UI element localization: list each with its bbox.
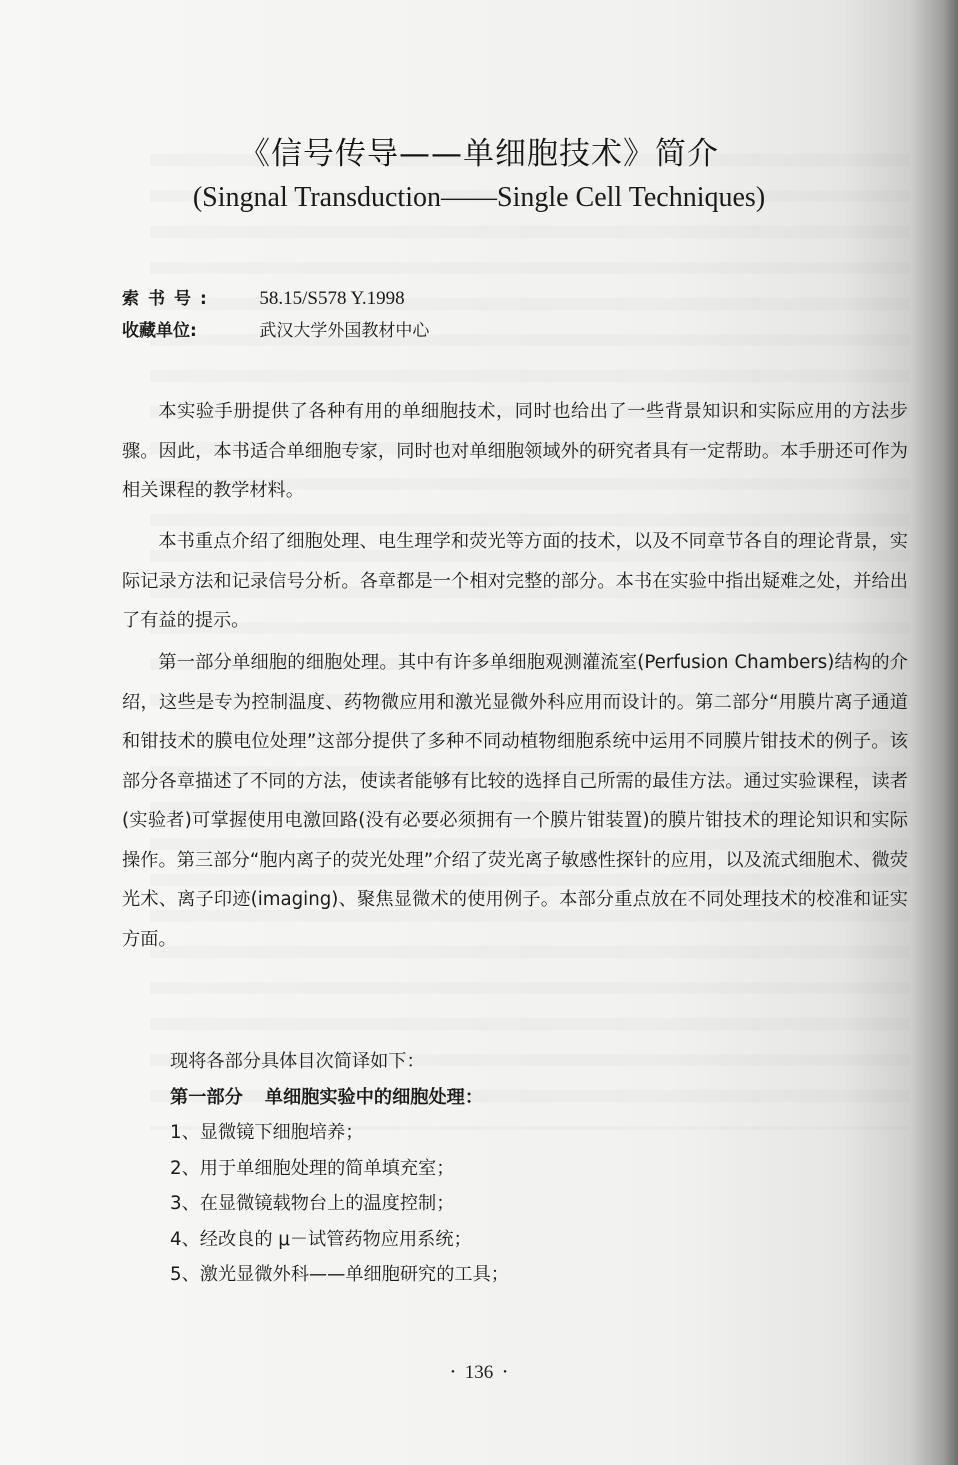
paragraph-text: 本实验手册提供了各种有用的单细胞技术，同时也给出了一些背景知识和实际应用的方法步… — [122, 392, 908, 511]
part-title: 单细胞实验中的细胞处理： — [265, 1087, 483, 1108]
list-item: 2、用于单细胞处理的简单填充室； — [170, 1151, 509, 1187]
page-number: ●136● — [0, 1362, 958, 1384]
holding-unit-value: 武汉大学外国教材中心 — [259, 321, 429, 341]
title-english: (Singnal Transduction——Single Cell Techn… — [0, 182, 958, 214]
paragraph-text: 本书重点介绍了细胞处理、电生理学和荧光等方面的技术，以及不同章节各自的理论背景，… — [122, 522, 908, 641]
call-number-value: 58.15/S578 Y.1998 — [259, 288, 404, 309]
list-item: 4、经改良的 μ－试管药物应用系统； — [170, 1222, 509, 1258]
bullet-left-icon: ● — [451, 1369, 455, 1375]
list-item: 5、激光显微外科——单细胞研究的工具； — [170, 1257, 509, 1293]
scanned-page: 《信号传导——单细胞技术》简介 (Singnal Transduction——S… — [0, 0, 958, 1465]
call-number-row: 索书号: 58.15/S578 Y.1998 — [122, 284, 405, 310]
list-item: 1、显微镜下细胞培养； — [170, 1115, 509, 1151]
paragraph-text: 第一部分单细胞的细胞处理。其中有许多单细胞观测灌流室(Perfusion Cha… — [122, 643, 908, 959]
holding-unit-label: 收藏单位: — [122, 316, 254, 341]
part-heading: 第一部分单细胞实验中的细胞处理： — [170, 1080, 509, 1116]
call-number-label: 索书号: — [122, 284, 254, 309]
part-label: 第一部分 — [170, 1087, 243, 1108]
contents-intro: 现将各部分具体目次简译如下： — [170, 1044, 509, 1080]
page-number-value: 136 — [465, 1362, 494, 1383]
paragraph-parts: 第一部分单细胞的细胞处理。其中有许多单细胞观测灌流室(Perfusion Cha… — [122, 643, 908, 959]
contents-list: 现将各部分具体目次简译如下： 第一部分单细胞实验中的细胞处理： 1、显微镜下细胞… — [170, 1044, 509, 1293]
paragraph-focus: 本书重点介绍了细胞处理、电生理学和荧光等方面的技术，以及不同章节各自的理论背景，… — [122, 522, 908, 641]
list-item: 3、在显微镜载物台上的温度控制； — [170, 1186, 509, 1222]
title-chinese: 《信号传导——单细胞技术》简介 — [0, 128, 958, 173]
bullet-right-icon: ● — [503, 1369, 507, 1375]
holding-unit-row: 收藏单位: 武汉大学外国教材中心 — [122, 316, 429, 341]
paragraph-intro: 本实验手册提供了各种有用的单细胞技术，同时也给出了一些背景知识和实际应用的方法步… — [122, 392, 908, 511]
